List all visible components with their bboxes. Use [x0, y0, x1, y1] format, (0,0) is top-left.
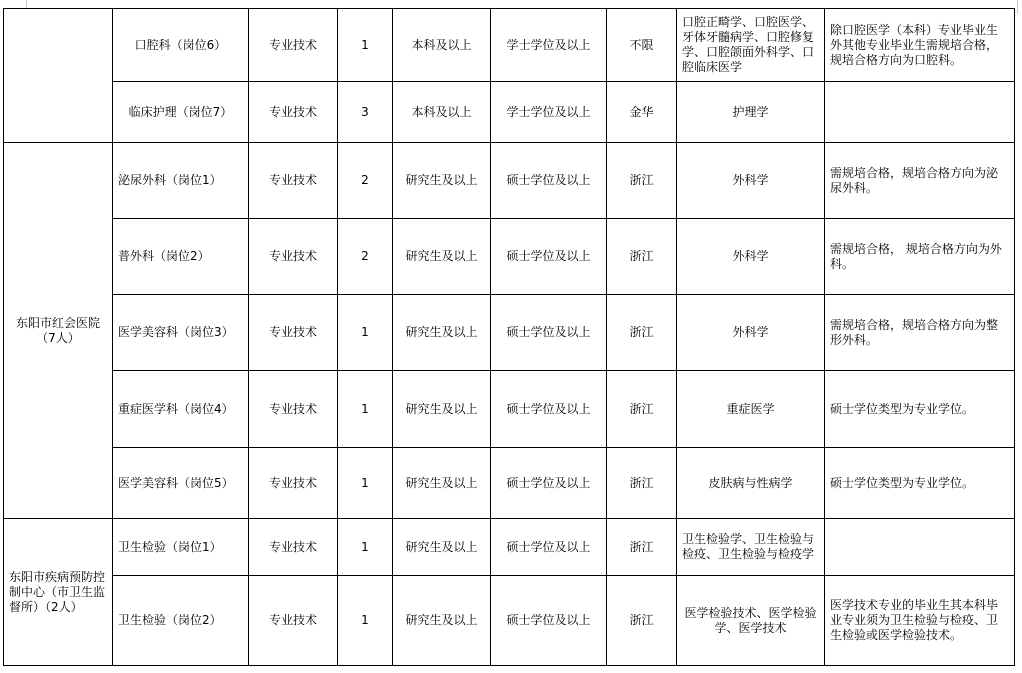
unit-cell [4, 9, 113, 143]
education-cell: 研究生及以上 [393, 219, 491, 295]
major-cell: 外科学 [677, 219, 825, 295]
hukou-cell: 不限 [607, 9, 677, 82]
page-margin-mark-left [26, 0, 27, 8]
education-cell: 本科及以上 [393, 9, 491, 82]
position-cell: 重症医学科（岗位4） [113, 371, 249, 448]
category-cell: 专业技术 [249, 519, 338, 576]
degree-cell: 学士学位及以上 [491, 9, 607, 82]
education-cell: 研究生及以上 [393, 371, 491, 448]
note-cell: 需规培合格，规培合格方向为整形外科。 [825, 295, 1015, 371]
education-cell: 研究生及以上 [393, 295, 491, 371]
position-cell: 卫生检验（岗位2） [113, 576, 249, 666]
major-cell: 外科学 [677, 295, 825, 371]
table-row: 东阳市红会医院（7人） 泌尿外科（岗位1） 专业技术 2 研究生及以上 硕士学位… [4, 143, 1015, 219]
degree-cell: 硕士学位及以上 [491, 295, 607, 371]
major-cell: 卫生检验学、卫生检验与检疫、卫生检验与检疫学 [677, 519, 825, 576]
table-row: 医学美容科（岗位5） 专业技术 1 研究生及以上 硕士学位及以上 浙江 皮肤病与… [4, 448, 1015, 519]
table-row: 重症医学科（岗位4） 专业技术 1 研究生及以上 硕士学位及以上 浙江 重症医学… [4, 371, 1015, 448]
hukou-cell: 浙江 [607, 519, 677, 576]
category-cell: 专业技术 [249, 576, 338, 666]
degree-cell: 硕士学位及以上 [491, 219, 607, 295]
table-row: 卫生检验（岗位2） 专业技术 1 研究生及以上 硕士学位及以上 浙江 医学检验技… [4, 576, 1015, 666]
note-cell: 需规培合格， 规培合格方向为外科。 [825, 219, 1015, 295]
count-cell: 1 [338, 9, 393, 82]
education-cell: 研究生及以上 [393, 143, 491, 219]
hukou-cell: 浙江 [607, 219, 677, 295]
major-cell: 口腔正畸学、口腔医学、牙体牙髓病学、口腔修复学、口腔颌面外科学、口腔临床医学 [677, 9, 825, 82]
degree-cell: 硕士学位及以上 [491, 519, 607, 576]
position-cell: 临床护理（岗位7） [113, 82, 249, 143]
education-cell: 本科及以上 [393, 82, 491, 143]
position-cell: 口腔科（岗位6） [113, 9, 249, 82]
major-cell: 重症医学 [677, 371, 825, 448]
count-cell: 1 [338, 295, 393, 371]
major-cell: 医学检验技术、医学检验学、医学技术 [677, 576, 825, 666]
degree-cell: 学士学位及以上 [491, 82, 607, 143]
table-row: 普外科（岗位2） 专业技术 2 研究生及以上 硕士学位及以上 浙江 外科学 需规… [4, 219, 1015, 295]
note-cell: 医学技术专业的毕业生其本科毕业专业须为卫生检验与检疫、卫生检验或医学检验技术。 [825, 576, 1015, 666]
education-cell: 研究生及以上 [393, 448, 491, 519]
table-row: 临床护理（岗位7） 专业技术 3 本科及以上 学士学位及以上 金华 护理学 [4, 82, 1015, 143]
note-cell [825, 82, 1015, 143]
page-margin-mark-right [1017, 0, 1018, 14]
hukou-cell: 浙江 [607, 295, 677, 371]
major-cell: 皮肤病与性病学 [677, 448, 825, 519]
degree-cell: 硕士学位及以上 [491, 448, 607, 519]
note-cell: 需规培合格，规培合格方向为泌尿外科。 [825, 143, 1015, 219]
category-cell: 专业技术 [249, 219, 338, 295]
hukou-cell: 浙江 [607, 143, 677, 219]
count-cell: 2 [338, 219, 393, 295]
major-cell: 外科学 [677, 143, 825, 219]
category-cell: 专业技术 [249, 143, 338, 219]
position-cell: 普外科（岗位2） [113, 219, 249, 295]
position-cell: 泌尿外科（岗位1） [113, 143, 249, 219]
category-cell: 专业技术 [249, 448, 338, 519]
category-cell: 专业技术 [249, 9, 338, 82]
note-cell [825, 519, 1015, 576]
count-cell: 3 [338, 82, 393, 143]
count-cell: 2 [338, 143, 393, 219]
hukou-cell: 金华 [607, 82, 677, 143]
note-cell: 除口腔医学（本科）专业毕业生外其他专业毕业生需规培合格，规培合格方向为口腔科。 [825, 9, 1015, 82]
table-row: 口腔科（岗位6） 专业技术 1 本科及以上 学士学位及以上 不限 口腔正畸学、口… [4, 9, 1015, 82]
hukou-cell: 浙江 [607, 448, 677, 519]
table-row: 东阳市疾病预防控制中心（市卫生监督所）（2人） 卫生检验（岗位1） 专业技术 1… [4, 519, 1015, 576]
education-cell: 研究生及以上 [393, 519, 491, 576]
degree-cell: 硕士学位及以上 [491, 143, 607, 219]
category-cell: 专业技术 [249, 295, 338, 371]
position-cell: 医学美容科（岗位5） [113, 448, 249, 519]
hukou-cell: 浙江 [607, 576, 677, 666]
table-row: 医学美容科（岗位3） 专业技术 1 研究生及以上 硕士学位及以上 浙江 外科学 … [4, 295, 1015, 371]
position-cell: 卫生检验（岗位1） [113, 519, 249, 576]
category-cell: 专业技术 [249, 371, 338, 448]
count-cell: 1 [338, 448, 393, 519]
count-cell: 1 [338, 519, 393, 576]
note-cell: 硕士学位类型为专业学位。 [825, 371, 1015, 448]
unit-cell: 东阳市红会医院（7人） [4, 143, 113, 519]
major-cell: 护理学 [677, 82, 825, 143]
hukou-cell: 浙江 [607, 371, 677, 448]
degree-cell: 硕士学位及以上 [491, 371, 607, 448]
degree-cell: 硕士学位及以上 [491, 576, 607, 666]
recruitment-table: 口腔科（岗位6） 专业技术 1 本科及以上 学士学位及以上 不限 口腔正畸学、口… [3, 8, 1015, 666]
category-cell: 专业技术 [249, 82, 338, 143]
count-cell: 1 [338, 371, 393, 448]
unit-cell: 东阳市疾病预防控制中心（市卫生监督所）（2人） [4, 519, 113, 666]
count-cell: 1 [338, 576, 393, 666]
position-cell: 医学美容科（岗位3） [113, 295, 249, 371]
education-cell: 研究生及以上 [393, 576, 491, 666]
note-cell: 硕士学位类型为专业学位。 [825, 448, 1015, 519]
